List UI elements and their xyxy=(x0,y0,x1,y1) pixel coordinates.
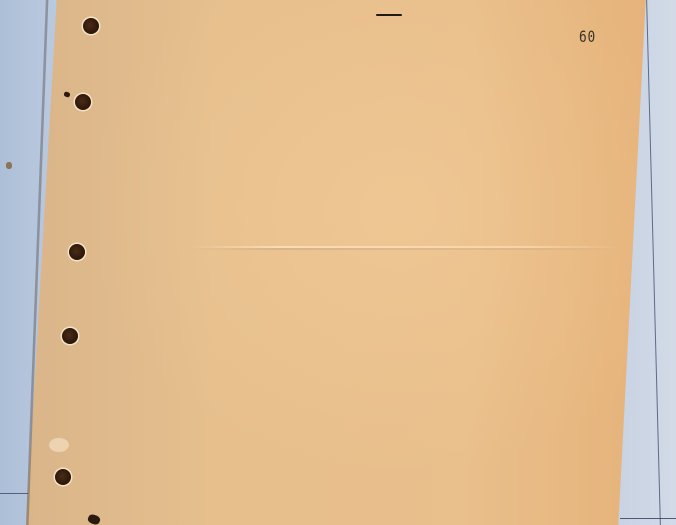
punch-hole xyxy=(75,94,91,110)
punch-hole xyxy=(62,328,78,344)
top-dash-mark xyxy=(376,14,402,16)
page-number: 60 xyxy=(579,27,596,46)
paper-crease-shadow xyxy=(190,248,620,250)
punch-hole xyxy=(83,18,99,34)
grid-line-horizontal-right xyxy=(620,518,676,519)
paper-smudge xyxy=(49,438,69,452)
grid-line-horizontal-left xyxy=(0,493,30,494)
punch-hole xyxy=(55,469,71,485)
paper-page xyxy=(26,0,646,525)
debris-speck xyxy=(6,162,12,169)
punch-hole xyxy=(69,244,85,260)
